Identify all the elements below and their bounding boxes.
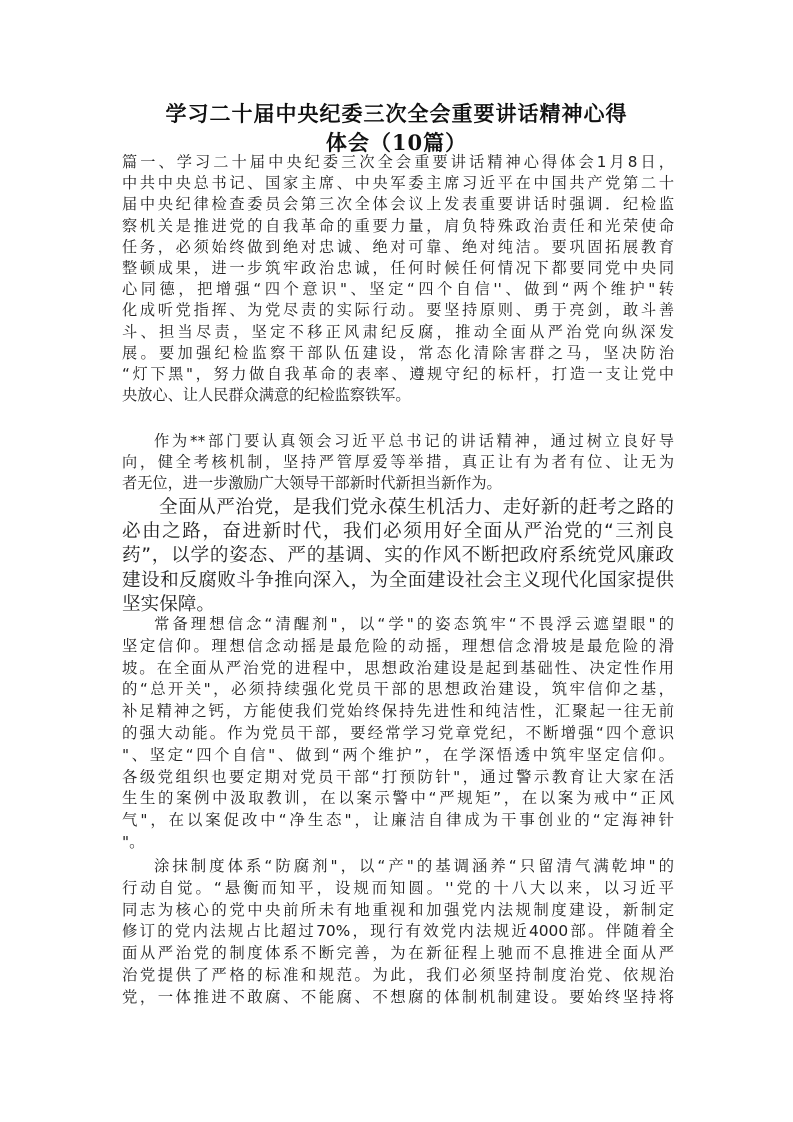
text-line: 的“总开关"，必须持续强化党员干部的思想政治建设，筑牢信仰之基， [122,679,674,701]
document-title-line1: 学习二十届中央纪委三次全会重要讲话精神心得 [0,98,793,128]
text-line: 作为**部门要认真领会习近平总书记的讲话精神，通过树立良好导 [122,431,674,452]
paragraph-5: 涂抹制度体系“防腐剂"，以“产"的基调涵养“只留清气满乾坤"的 行动自觉。“悬衡… [122,856,674,1009]
text-line: 的强大动能。作为党员干部，要经常学习党章党纪，不断增强“四个意识 [122,723,674,745]
text-line: 建设和反腐败斗争推向深入，为全面建设社会主义现代化国家提供 [122,569,674,593]
text-line: 向，健全考核机制，坚持严管厚爱等举措，真正让有为者有位、让无为 [122,452,674,473]
text-line: 全面从严治党，是我们党永葆生机活力、走好新的赶考之路的 [122,496,674,520]
text-line: 坚定信仰。理想信念动摇是最危险的动摇，理想信念滑坡是最危险的滑 [122,636,674,658]
text-line: 涂抹制度体系“防腐剂"，以“产"的基调涵养“只留清气满乾坤"的 [122,856,674,878]
text-line: 任务，必须始终做到绝对忠诚、绝对可靠、绝对纯洁。要巩固拓展教育 [122,237,674,258]
text-line: 修订的党内法规占比超过70%，现行有效党内法规近4000部。伴随着全 [122,921,674,943]
text-line: 中共中央总书记、国家主席、中央军委主席习近平在中国共产党第二十 [122,173,674,194]
paragraph-4: 常备理想信念“清醒剂"，以“学"的姿态筑牢“不畏浮云遮望眼"的 坚定信仰。理想信… [122,614,674,854]
text-line: 党，一体推进不敢腐、不能腐、不想腐的体制机制建设。要始终坚持将 [122,987,674,1009]
text-line: “灯下黑"，努力做自我革命的表率、遵规守纪的标杆，打造一支让党中 [122,364,674,385]
text-line: 察机关是推进党的自我革命的重要力量，肩负特殊政治责任和光荣使命 [122,216,674,237]
text-line: 药”，以学的姿态、严的基调、实的作风不断把政府系统党风廉政 [122,544,674,568]
text-line: 气"，在以案促改中“净生态"，让廉洁自律成为干事创业的“定海神针 [122,810,674,832]
text-line: 央放心、让人民群众满意的纪检监察铁军。 [122,385,674,406]
text-line: 届中央纪律检查委员会第三次全体会议上发表重要讲话时强调．纪检监 [122,194,674,215]
paragraph-1: 篇一、学习二十届中央纪委三次全会重要讲话精神心得体会1月8日， 中共中央总书记、… [122,152,674,406]
text-line: 常备理想信念“清醒剂"，以“学"的姿态筑牢“不畏浮云遮望眼"的 [122,614,674,636]
text-line: 治党提供了严格的标准和规范。为此，我们必须坚持制度治党、依规治 [122,965,674,987]
paragraph-3: 全面从严治党，是我们党永葆生机活力、走好新的赶考之路的 必由之路，奋进新时代，我… [122,496,674,617]
text-line: 斗、担当尽责，坚定不移正风肃纪反腐，推动全面从严治党向纵深发 [122,322,674,343]
text-line: 者无位，进一步激励广大领导干部新时代新担当新作为。 [122,473,674,494]
text-line: 补足精神之钙，方能使我们党始终保持先进性和纯洁性，汇聚起一往无前 [122,701,674,723]
text-line: 整顿成果，进一步筑牢政治忠诚，任何时候任何情况下都要同党中央同 [122,258,674,279]
text-line: 心同德，把增强“四个意识"、坚定“四个自信''、做到“两个维护"转 [122,279,674,300]
document-page: 学习二十届中央纪委三次全会重要讲话精神心得 体会（10篇） 篇一、学习二十届中央… [0,0,793,1122]
text-line: 同志为核心的党中央前所未有地重视和加强党内法规制度建设，新制定 [122,900,674,922]
text-line: "、坚定“四个自信"、做到“两个维护”，在学深悟透中筑牢坚定信仰。 [122,745,674,767]
text-line: 行动自觉。“悬衡而知平，设规而知圆。''党的十八大以来，以习近平 [122,878,674,900]
text-line: 展。要加强纪检监察干部队伍建设，常态化清除害群之马，坚决防治 [122,343,674,364]
paragraph-2: 作为**部门要认真领会习近平总书记的讲话精神，通过树立良好导 向，健全考核机制，… [122,431,674,495]
text-line: 生生的案例中汲取教训，在以案示警中“严规矩”，在以案为戒中“正风 [122,788,674,810]
text-line: 必由之路，奋进新时代，我们必须用好全面从严治党的“三剂良 [122,520,674,544]
text-line: 各级党组织也要定期对党员干部“打预防针"，通过警示教育让大家在活 [122,767,674,789]
text-line: 面从严治党的制度体系不断完善，为在新征程上驰而不息推进全面从严 [122,943,674,965]
text-line: 坡。在全面从严治党的进程中，思想政治建设是起到基础性、决定性作用 [122,658,674,680]
text-line: "。 [122,832,674,854]
text-line: 篇一、学习二十届中央纪委三次全会重要讲话精神心得体会1月8日， [122,152,674,173]
text-line: 化成听党指挥、为党尽责的实际行动。要坚持原则、勇于亮剑，敢斗善 [122,300,674,321]
